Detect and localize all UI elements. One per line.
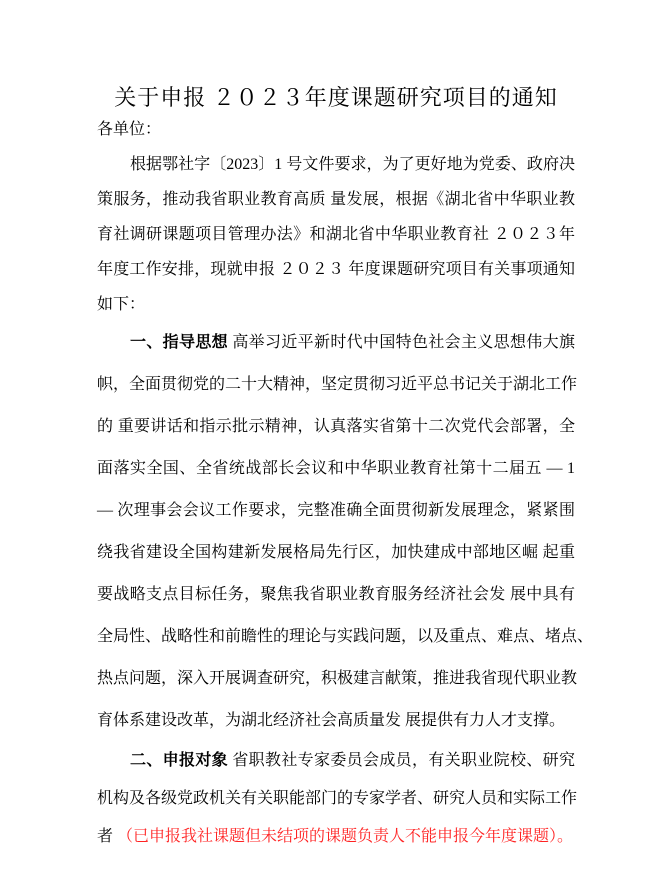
text-line: 热点问题，深入开展调查研究，积极建言献策，推进我省现代职业教: [97, 658, 575, 700]
text-segment: 如下：: [97, 296, 145, 313]
text-segment: 要战略支点目标任务，聚焦我省职业教育服务经济社会发 展中具有: [97, 586, 575, 603]
text-line: 者 （已申报我社课题但未结项的课题负责人不能申报今年度课题）。: [97, 818, 575, 856]
paragraph-intro: 根据鄂社字〔2023〕1 号文件要求，为了更好地为党委、政府决策服务，推动我省职…: [97, 147, 575, 322]
text-segment: 年度工作安排，现就申报 ２０２３ 年度课题研究项目有关事项通知: [97, 261, 575, 278]
text-segment: 省职教社专家委员会成员，有关职业院校、研究: [228, 752, 575, 769]
text-line: 面落实全国、全省统战部长会议和中华职业教育社第十二届五 — 1: [97, 448, 575, 490]
document-page: 关于申报 ２０２３年度课题研究项目的通知 各单位： 根据鄂社字〔2023〕1 号…: [0, 0, 663, 884]
text-line: 一、指导思想 高举习近平新时代中国特色社会主义思想伟大旗: [97, 322, 575, 364]
paragraph-application-targets: 二、申报对象 省职教社专家委员会成员，有关职业院校、研究机构及各级党政机关有关职…: [97, 742, 575, 856]
text-line: 如下：: [97, 287, 575, 322]
text-segment: 帜，全面贯彻党的二十大精神，坚定贯彻习近平总书记关于湖北工作: [97, 376, 577, 393]
text-segment: 者: [97, 828, 117, 845]
text-line: 育社调研课题项目管理办法》和湖北省中华职业教育社 ２０２３年: [97, 217, 575, 252]
section-label: 二、申报对象: [130, 752, 228, 769]
text-segment: 策服务，推动我省职业教育高质 量发展，根据《湖北省中华职业教: [97, 191, 575, 208]
section-label: 一、指导思想: [130, 334, 228, 351]
text-line: 绕我省建设全国构建新发展格局先行区，加快建成中部地区崛 起重: [97, 532, 575, 574]
text-line: 年度工作安排，现就申报 ２０２３ 年度课题研究项目有关事项通知: [97, 252, 575, 287]
text-line: 机构及各级党政机关有关职能部门的专家学者、研究人员和实际工作: [97, 780, 575, 818]
text-line: 育体系建设改革，为湖北经济社会高质量发 展提供有力人才支撑。: [97, 700, 575, 742]
salutation: 各单位：: [97, 112, 575, 147]
text-segment: 育社调研课题项目管理办法》和湖北省中华职业教育社 ２０２３年: [97, 226, 575, 243]
text-segment: 的 重要讲话和指示批示精神，认真落实省第十二次党代会部署，全: [97, 418, 575, 435]
text-segment: 根据鄂社字〔2023〕1 号文件要求，为了更好地为党委、政府决: [130, 156, 575, 173]
text-segment: 育体系建设改革，为湖北经济社会高质量发 展提供有力人才支撑。: [97, 712, 565, 729]
red-note: （已申报我社课题但未结项的课题负责人不能申报今年度课题）。: [117, 828, 573, 845]
text-line: 策服务，推动我省职业教育高质 量发展，根据《湖北省中华职业教: [97, 182, 575, 217]
text-segment: 绕我省建设全国构建新发展格局先行区，加快建成中部地区崛 起重: [97, 544, 575, 561]
text-line: 要战略支点目标任务，聚焦我省职业教育服务经济社会发 展中具有: [97, 574, 575, 616]
text-segment: 热点问题，深入开展调查研究，积极建言献策，推进我省现代职业教: [97, 670, 577, 687]
text-line: 帜，全面贯彻党的二十大精神，坚定贯彻习近平总书记关于湖北工作: [97, 364, 575, 406]
text-segment: 面落实全国、全省统战部长会议和中华职业教育社第十二届五 — 1: [97, 460, 575, 477]
text-line: 根据鄂社字〔2023〕1 号文件要求，为了更好地为党委、政府决: [97, 147, 575, 182]
document-paragraphs: 根据鄂社字〔2023〕1 号文件要求，为了更好地为党委、政府决策服务，推动我省职…: [97, 147, 575, 856]
text-line: 二、申报对象 省职教社专家委员会成员，有关职业院校、研究: [97, 742, 575, 780]
text-segment: 机构及各级党政机关有关职能部门的专家学者、研究人员和实际工作: [97, 790, 577, 807]
text-line: 全局性、战略性和前瞻性的理论与实践问题，以及重点、难点、堵点、: [97, 616, 575, 658]
text-segment: — 次理事会会议工作要求，完整准确全面贯彻新发展理念，紧紧围: [97, 502, 575, 519]
text-line: — 次理事会会议工作要求，完整准确全面贯彻新发展理念，紧紧围: [97, 490, 575, 532]
document-title: 关于申报 ２０２３年度课题研究项目的通知: [97, 84, 575, 112]
paragraph-guiding-ideology: 一、指导思想 高举习近平新时代中国特色社会主义思想伟大旗帜，全面贯彻党的二十大精…: [97, 322, 575, 742]
text-line: 的 重要讲话和指示批示精神，认真落实省第十二次党代会部署，全: [97, 406, 575, 448]
text-segment: 高举习近平新时代中国特色社会主义思想伟大旗: [228, 334, 575, 351]
text-segment: 全局性、战略性和前瞻性的理论与实践问题，以及重点、难点、堵点、: [97, 628, 593, 645]
